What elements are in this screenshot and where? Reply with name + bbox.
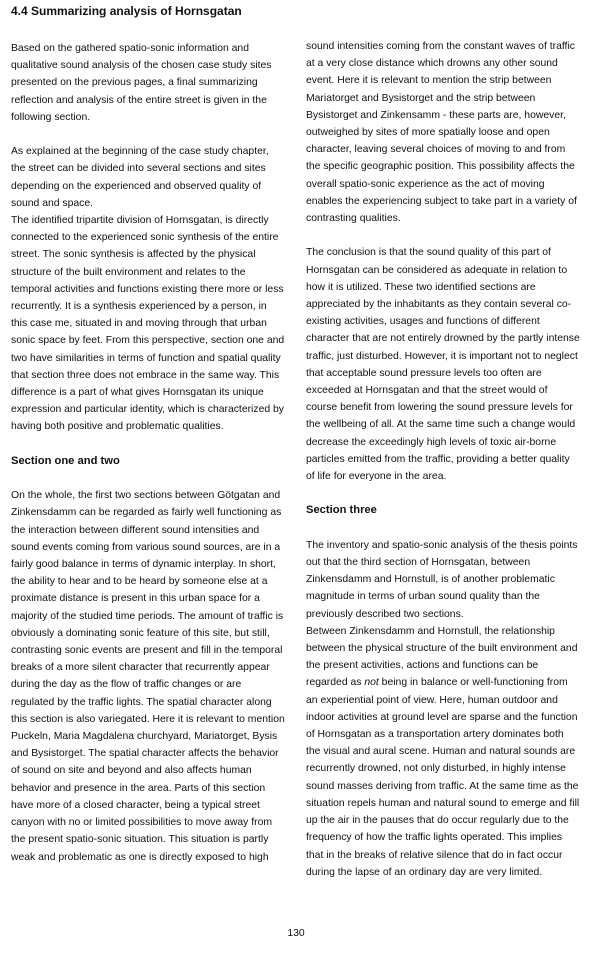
text-run: regarded as: [306, 677, 364, 688]
paragraph: Between Zinkensdamm and Hornstull, the r…: [306, 623, 590, 881]
page-title: 4.4 Summarizing analysis of Hornsgatan: [11, 4, 242, 18]
text-run: Between Zinkensdamm and Hornstull, the r…: [306, 626, 577, 671]
paragraph: The inventory and spatio-sonic analysis …: [306, 537, 590, 623]
spacer: [11, 436, 295, 453]
text-run: an experiential point of view. Here, hum…: [306, 695, 579, 878]
section-heading: Section one and two: [11, 453, 295, 470]
paragraph: sound intensities coming from the consta…: [306, 38, 590, 227]
spacer: [11, 126, 295, 143]
spacer: [306, 485, 590, 502]
text-run: being in balance or well-functioning fro…: [379, 677, 568, 688]
page-number: 130: [0, 928, 592, 939]
left-column: Based on the gathered spatio-sonic infor…: [11, 40, 295, 866]
spacer: [11, 470, 295, 487]
paragraph: On the whole, the first two sections bet…: [11, 487, 295, 865]
paragraph: As explained at the beginning of the cas…: [11, 143, 295, 212]
section-heading: Section three: [306, 502, 590, 519]
spacer: [306, 227, 590, 244]
paragraph: The conclusion is that the sound quality…: [306, 244, 590, 485]
paragraph: Based on the gathered spatio-sonic infor…: [11, 40, 295, 126]
right-column: sound intensities coming from the consta…: [306, 38, 590, 881]
paragraph: The identified tripartite division of Ho…: [11, 212, 295, 436]
spacer: [306, 520, 590, 537]
emphasis-text: not: [364, 677, 378, 688]
